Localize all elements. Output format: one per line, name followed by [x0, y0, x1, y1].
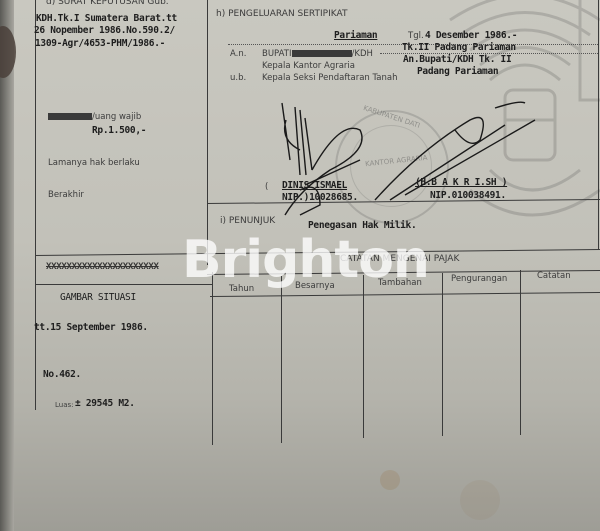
tax-col-header-catatan: Catatan: [537, 271, 571, 281]
paper-stain: [380, 470, 400, 490]
signatory-left-name: DINIS ISMAEL: [282, 180, 347, 191]
tax-col-header-pengurangan: Pengurangan: [451, 274, 507, 284]
signatory-right-name: (H.B A K R I.SH ): [415, 177, 507, 188]
struck-heading: XXXXXXXXXXXXXXXXXXXXXX: [46, 262, 159, 272]
gambar-situasi-label: GAMBAR SITUASI: [60, 292, 136, 303]
signatory-left-nip: NIP.)10028685.: [282, 192, 358, 203]
signatory-right-nip: NIP.010038491.: [430, 190, 506, 201]
area-label: Luas:: [55, 401, 74, 409]
section-i-heading: i) PENUNJUK: [220, 216, 275, 226]
signature-bracket: (: [265, 182, 268, 192]
paper-stain: [460, 480, 500, 520]
certificate-page: d) SURAT KEPUTUSAN Gub. KDH.Tk.I Sumater…: [0, 0, 600, 531]
gambar-situasi-number: No.462.: [43, 369, 81, 380]
gambar-situasi-date: tt.15 September 1986.: [34, 322, 148, 333]
brighton-watermark: Brighton: [182, 230, 429, 290]
area-value: ± 29545 M2.: [75, 398, 135, 409]
